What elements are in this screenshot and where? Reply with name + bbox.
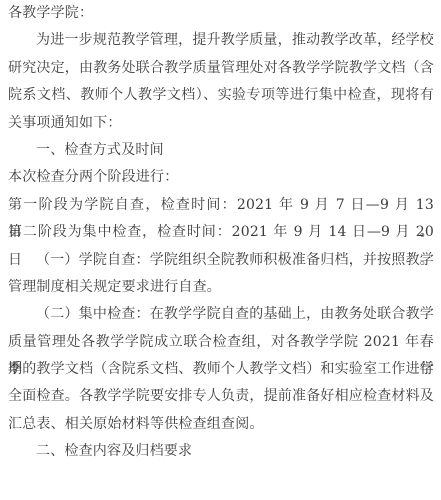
section-1-heading: 一、检查方式及时间 [8,137,434,164]
phase-1-schedule: 第一阶段为学院自查，检查时间：2021 年 9 月 7 日—9 月 13 日。 [8,192,434,219]
section-1-line: 本次检查分两个阶段进行： [8,164,434,191]
phase-2-schedule: 第二阶段为集中检查，检查时间：2021 年 9 月 14 日—9 月 20 日。 [8,219,434,246]
clause-2-line: 全面检查。各教学学院要安排专人负责，提前准备好相应检查材料及 [8,383,434,410]
intro-paragraph-line: 为进一步规范教学管理，提升教学质量，推动教学改革，经学校 [8,27,434,54]
section-2-heading: 二、检查内容及归档要求 [8,438,434,465]
clause-2-line: 质量管理处各教学学院成立联合检查组，对各教学学院 2021 年春季学 [8,329,434,356]
clause-2-line: 汇总表、相关原始材料等供检查组查阅。 [8,411,434,438]
clause-1-line: （一）学院自查：学院组织全院教师积极准备归档，并按照教学 [8,247,434,274]
clause-2-line: 期的教学文档（含院系文档、教师个人教学文档）和实验室工作进行 [8,356,434,383]
intro-paragraph-line: 关事项通知如下： [8,110,434,137]
intro-paragraph-line: 研究决定，由教务处联合教学质量管理处对各教学学院教学文档（含 [8,55,434,82]
salutation: 各教学学院： [8,0,434,27]
document-page: 各教学学院： 为进一步规范教学管理，提升教学质量，推动教学改革，经学校 研究决定… [8,0,434,466]
clause-1-line: 管理制度相关规定要求进行自查。 [8,274,434,301]
clause-2-line: （二）集中检查：在教学学院自查的基础上，由教务处联合教学 [8,301,434,328]
intro-paragraph-line: 院系文档、教师个人教学文档）、实验专项等进行集中检查，现将有 [8,82,434,109]
